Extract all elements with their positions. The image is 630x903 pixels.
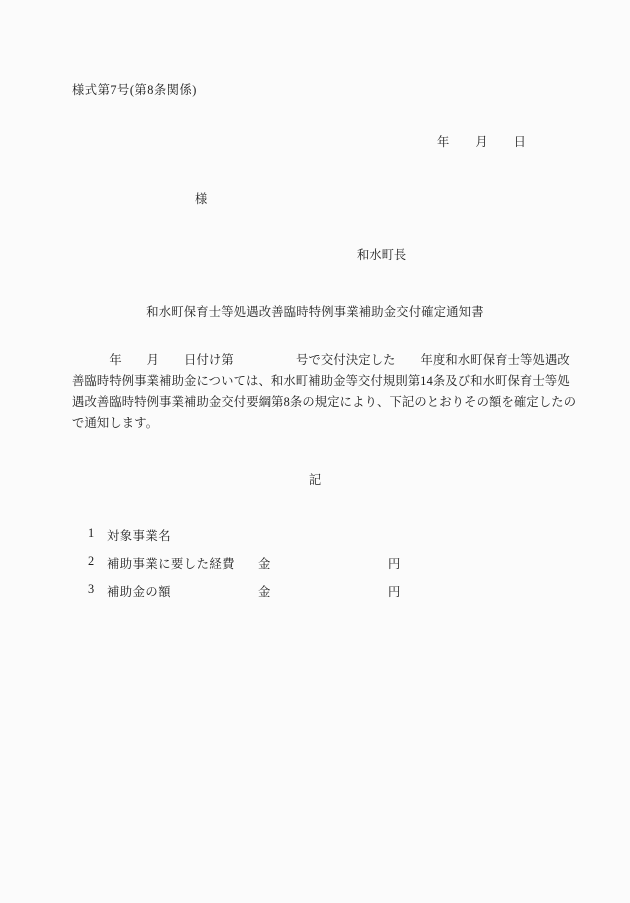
- item-amount-prefix: 金: [258, 582, 270, 600]
- date-year-label: 年: [437, 132, 449, 150]
- item-number: 1: [88, 526, 94, 541]
- item-label: 補助事業に要した経費: [107, 554, 235, 572]
- body-line-3: 遇改善臨時特例事業補助金交付要綱第8条の規定により、下記のとおりその額を確定した…: [72, 392, 564, 413]
- document-page: 様式第7号(第8条関係) 年 月 日 様 和水町長 和水町保育士等処遇改善臨時特…: [0, 0, 630, 903]
- document-title: 和水町保育士等処遇改善臨時特例事業補助金交付確定通知書: [0, 302, 630, 320]
- item-amount-prefix: 金: [258, 554, 270, 572]
- list-item-2: 2 補助事業に要した経費 金 円: [72, 554, 572, 570]
- form-number: 様式第7号(第8条関係): [72, 80, 197, 98]
- item-label: 対象事業名: [107, 526, 171, 544]
- body-line-4: で通知します。: [72, 413, 564, 434]
- item-amount-suffix: 円: [388, 554, 400, 572]
- list-item-1: 1 対象事業名: [72, 526, 572, 542]
- item-number: 2: [88, 554, 94, 569]
- body-line-2: 善臨時特例事業補助金については、和水町補助金等交付規則第14条及び和水町保育士等…: [72, 371, 564, 392]
- body-paragraph: 年 月 日付け第 号で交付決定した 年度和水町保育士等処遇改 善臨時特例事業補助…: [72, 350, 564, 434]
- item-label: 補助金の額: [107, 582, 171, 600]
- item-number: 3: [88, 582, 94, 597]
- date-line: 年 月 日: [437, 132, 526, 150]
- sender-title: 和水町長: [357, 245, 406, 263]
- body-line-1: 年 月 日付け第 号で交付決定した 年度和水町保育士等処遇改: [72, 350, 564, 371]
- list-item-3: 3 補助金の額 金 円: [72, 582, 572, 598]
- record-heading: 記: [0, 470, 630, 488]
- addressee-honorific: 様: [195, 189, 207, 207]
- date-day-label: 日: [514, 132, 526, 150]
- item-amount-suffix: 円: [388, 582, 400, 600]
- date-month-label: 月: [475, 132, 487, 150]
